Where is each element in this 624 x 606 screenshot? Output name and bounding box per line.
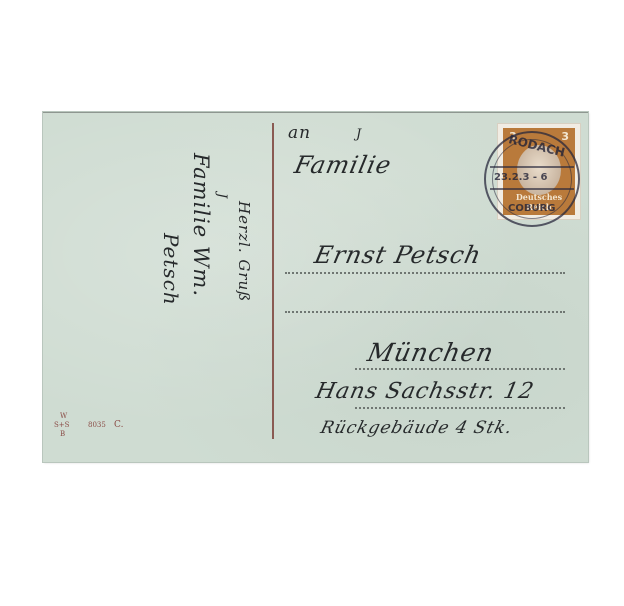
card-divider-line	[272, 123, 274, 439]
postmark-bar-top	[490, 166, 574, 168]
address-line-4	[355, 407, 565, 409]
message-signature-familie: Familie Wm.	[189, 153, 213, 297]
address-line-1	[285, 272, 565, 274]
publisher-logo-top: W	[60, 412, 67, 420]
publisher-logo-bottom: B	[60, 430, 65, 438]
publisher-logo-middle: S+S	[54, 421, 69, 429]
recipient-name: Ernst Petsch	[312, 241, 484, 269]
message-signature-petsch: Petsch	[159, 233, 183, 306]
postmark-region: COBURG	[508, 203, 556, 214]
address-line-2	[285, 311, 565, 313]
recipient-city: München	[365, 338, 497, 367]
postmark-date: 23.2.3 - 6	[494, 172, 548, 183]
postmark-bar-bottom	[490, 188, 574, 190]
address-mark: J	[356, 127, 362, 142]
recipient-familie: Familie	[292, 151, 394, 179]
message-mark: J	[214, 193, 229, 199]
postmark: RODACH 23.2.3 - 6 COBURG	[484, 131, 580, 227]
address-line-3	[355, 368, 565, 370]
message-greeting: Herzl. Gruß	[235, 201, 253, 302]
postcard: an J Familie Ernst Petsch München Hans S…	[43, 112, 588, 462]
recipient-building: Rückgebäude 4 Stk.	[319, 418, 515, 438]
publisher-number: 8035	[88, 421, 106, 429]
recipient-street: Hans Sachsstr. 12	[313, 379, 536, 404]
publisher-series: C.	[114, 420, 123, 430]
salutation-text: an	[288, 123, 311, 143]
